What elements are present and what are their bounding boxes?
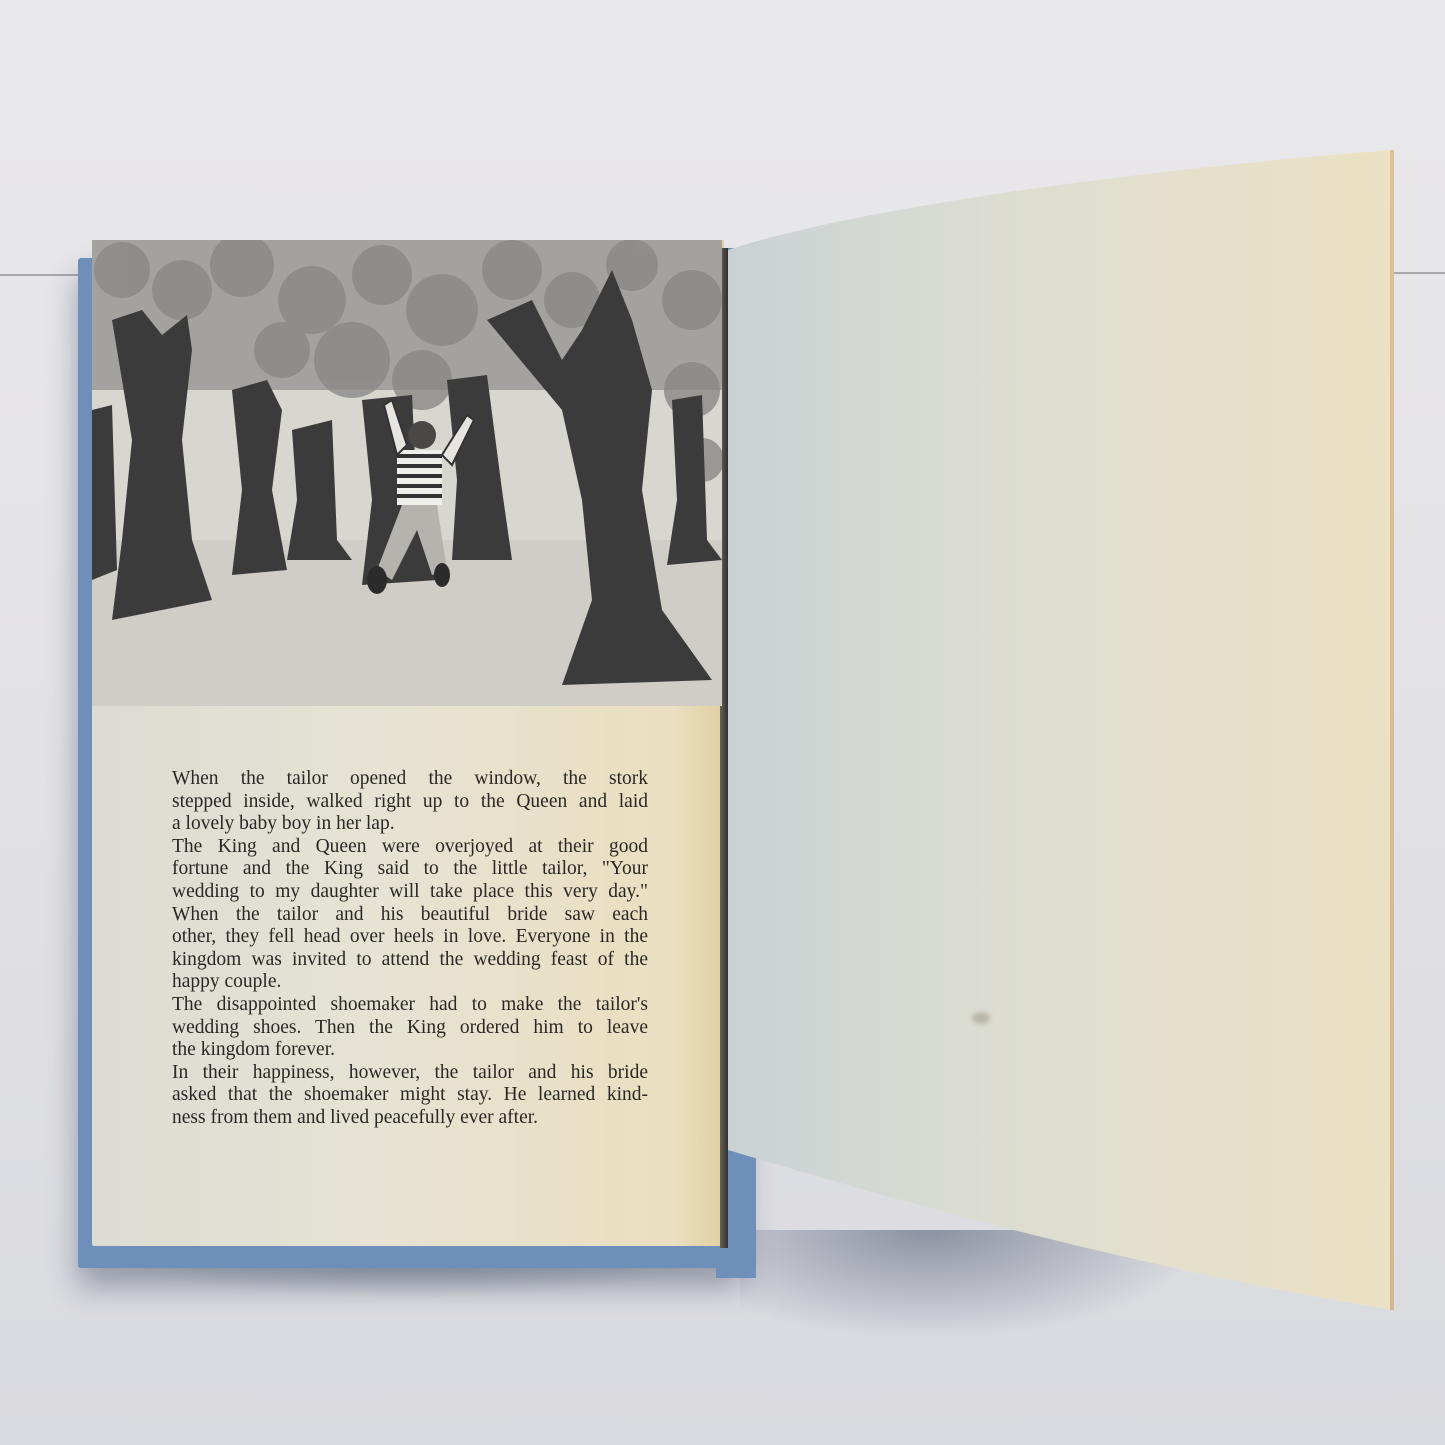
paragraph-3: When the tailor and his beautiful bride … — [172, 904, 648, 994]
text-line: a lovely baby boy in her lap. — [172, 813, 648, 836]
text-line: wedding shoes. Then the King ordered him… — [172, 1017, 648, 1040]
paragraph-2: The King and Queen were overjoyed at the… — [172, 836, 648, 904]
text-line: When the tailor and his beautiful bride … — [172, 904, 648, 927]
text-line: asked that the shoemaker might stay. He … — [172, 1084, 648, 1107]
story-text: When the tailor opened the window, the s… — [172, 768, 648, 1130]
background-line-right — [1393, 272, 1445, 274]
forest-illustration-image — [92, 240, 722, 706]
right-page-edge — [1390, 150, 1394, 1310]
text-line: The King and Queen were overjoyed at the… — [172, 836, 648, 859]
paragraph-5: In their happiness, however, the tailor … — [172, 1062, 648, 1130]
text-line: In their happiness, however, the tailor … — [172, 1062, 648, 1085]
text-line: The disappointed shoemaker had to make t… — [172, 994, 648, 1017]
text-line: ness from them and lived peacefully ever… — [172, 1107, 648, 1130]
text-line: the kingdom forever. — [172, 1039, 648, 1062]
text-line: fortune and the King said to the little … — [172, 858, 648, 881]
background-line-left — [0, 274, 90, 276]
text-line: wedding to my daughter will take place t… — [172, 881, 648, 904]
text-line: other, they fell head over heels in love… — [172, 926, 648, 949]
paragraph-1: When the tailor opened the window, the s… — [172, 768, 648, 836]
text-line: happy couple. — [172, 971, 648, 994]
right-page-blank — [728, 150, 1395, 1310]
text-line: stepped inside, walked right up to the Q… — [172, 791, 648, 814]
paragraph-4: The disappointed shoemaker had to make t… — [172, 994, 648, 1062]
text-line: kingdom was invited to attend the weddin… — [172, 949, 648, 972]
text-line: When the tailor opened the window, the s… — [172, 768, 648, 791]
forest-illustration — [92, 240, 722, 706]
page-smudge — [972, 1012, 990, 1024]
